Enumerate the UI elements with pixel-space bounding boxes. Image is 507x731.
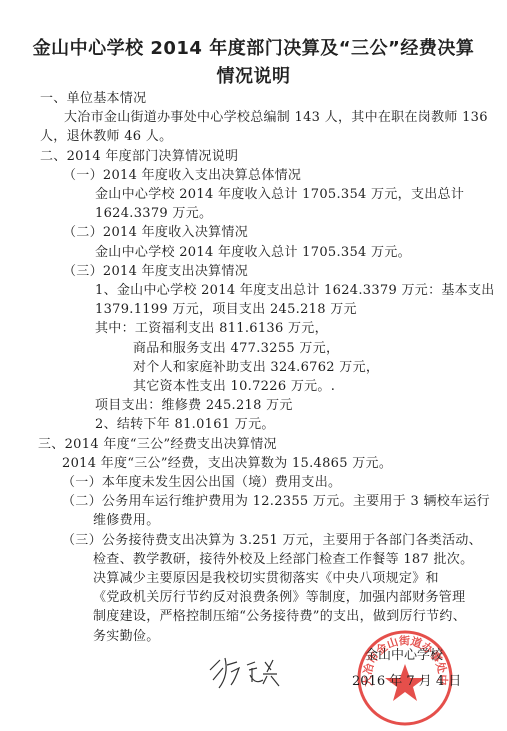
document-line: 《党政机关厉行节约反对浪费条例》等制度，加强内部财务管理 [93, 590, 465, 606]
document-line: （三）2014 年度支出决算情况 [63, 264, 248, 280]
document-line: 金山中心学校 2014 年度收入总计 1705.354 万元，支出总计 [95, 187, 464, 203]
document-line: （一）2014 年度收入支出决算总体情况 [63, 168, 301, 184]
document-title-line1: 金山中心学校 2014 年度部门决算及“三公”经费决算 [0, 34, 507, 60]
document-line: 其它资本性支出 10.7226 万元。. [133, 379, 335, 395]
document-line: （二）2014 年度收入决算情况 [63, 225, 248, 241]
document-line: （二）公务用车运行维护费用为 12.2355 万元。主要用于 3 辆校车运行 [62, 494, 490, 510]
document-line: 检查、教学教研，接待外校及上经部门检查工作餐等 187 批次。 [93, 552, 473, 568]
document-line: 1624.3379 万元。 [95, 206, 212, 222]
document-line: 一、单位基本情况 [40, 91, 146, 107]
document-line: 2014 年度“三公”经费，支出决算数为 15.4865 万元。 [62, 456, 392, 472]
document-line: 金山中心学校 2014 年度收入总计 1705.354 万元。 [95, 245, 411, 261]
document-line: 决算减少主要原因是我校切实贯彻落实《中央八项规定》和 [93, 571, 439, 587]
document-line: 商品和服务支出 477.3255 万元， [133, 341, 339, 357]
document-line: 2、结转下年 81.0161 万元。 [95, 417, 275, 433]
document-line: （一）本年度未发生因公出国（境）费用支出。 [62, 475, 341, 491]
document-line: 人，退休教师 46 人。 [40, 129, 172, 145]
document-line: 三、2014 年度“三公”经费支出决算情况 [38, 437, 277, 453]
document-line: 维修费用。 [93, 513, 160, 529]
document-line: 务实勤俭。 [93, 629, 160, 645]
document-line: 制度建设，严格控制压缩“公务接待费”的支出，做到厉行节约、 [93, 609, 466, 625]
signing-date: 2016 年 7 月 4 日 [352, 670, 461, 689]
document-line: 对个人和家庭补助支出 324.6762 万元， [133, 360, 379, 376]
document-line: 1379.1199 万元，项目支出 245.218 万元 [95, 302, 357, 318]
document-line: 二、2014 年度部门决算情况说明 [40, 149, 238, 165]
document-line: 其中：工资福利支出 811.6136 万元， [95, 321, 328, 337]
document-line: 项目支出：维修费 245.218 万元 [95, 398, 293, 414]
document-line: （三）公务接待费支出决算为 3.251 万元，主要用于各部门各类活动、 [62, 533, 482, 549]
handwritten-signature [205, 650, 285, 695]
document-line: 大冶市金山街道办事处中心学校总编制 143 人，其中在职在岗教师 136 [64, 110, 488, 126]
document-title-line2: 情况说明 [0, 62, 507, 88]
document-line: 1、金山中心学校 2014 年度支出总计 1624.3379 万元：基本支出 [95, 283, 495, 299]
signing-organization: 金山中心学校 [365, 644, 443, 663]
